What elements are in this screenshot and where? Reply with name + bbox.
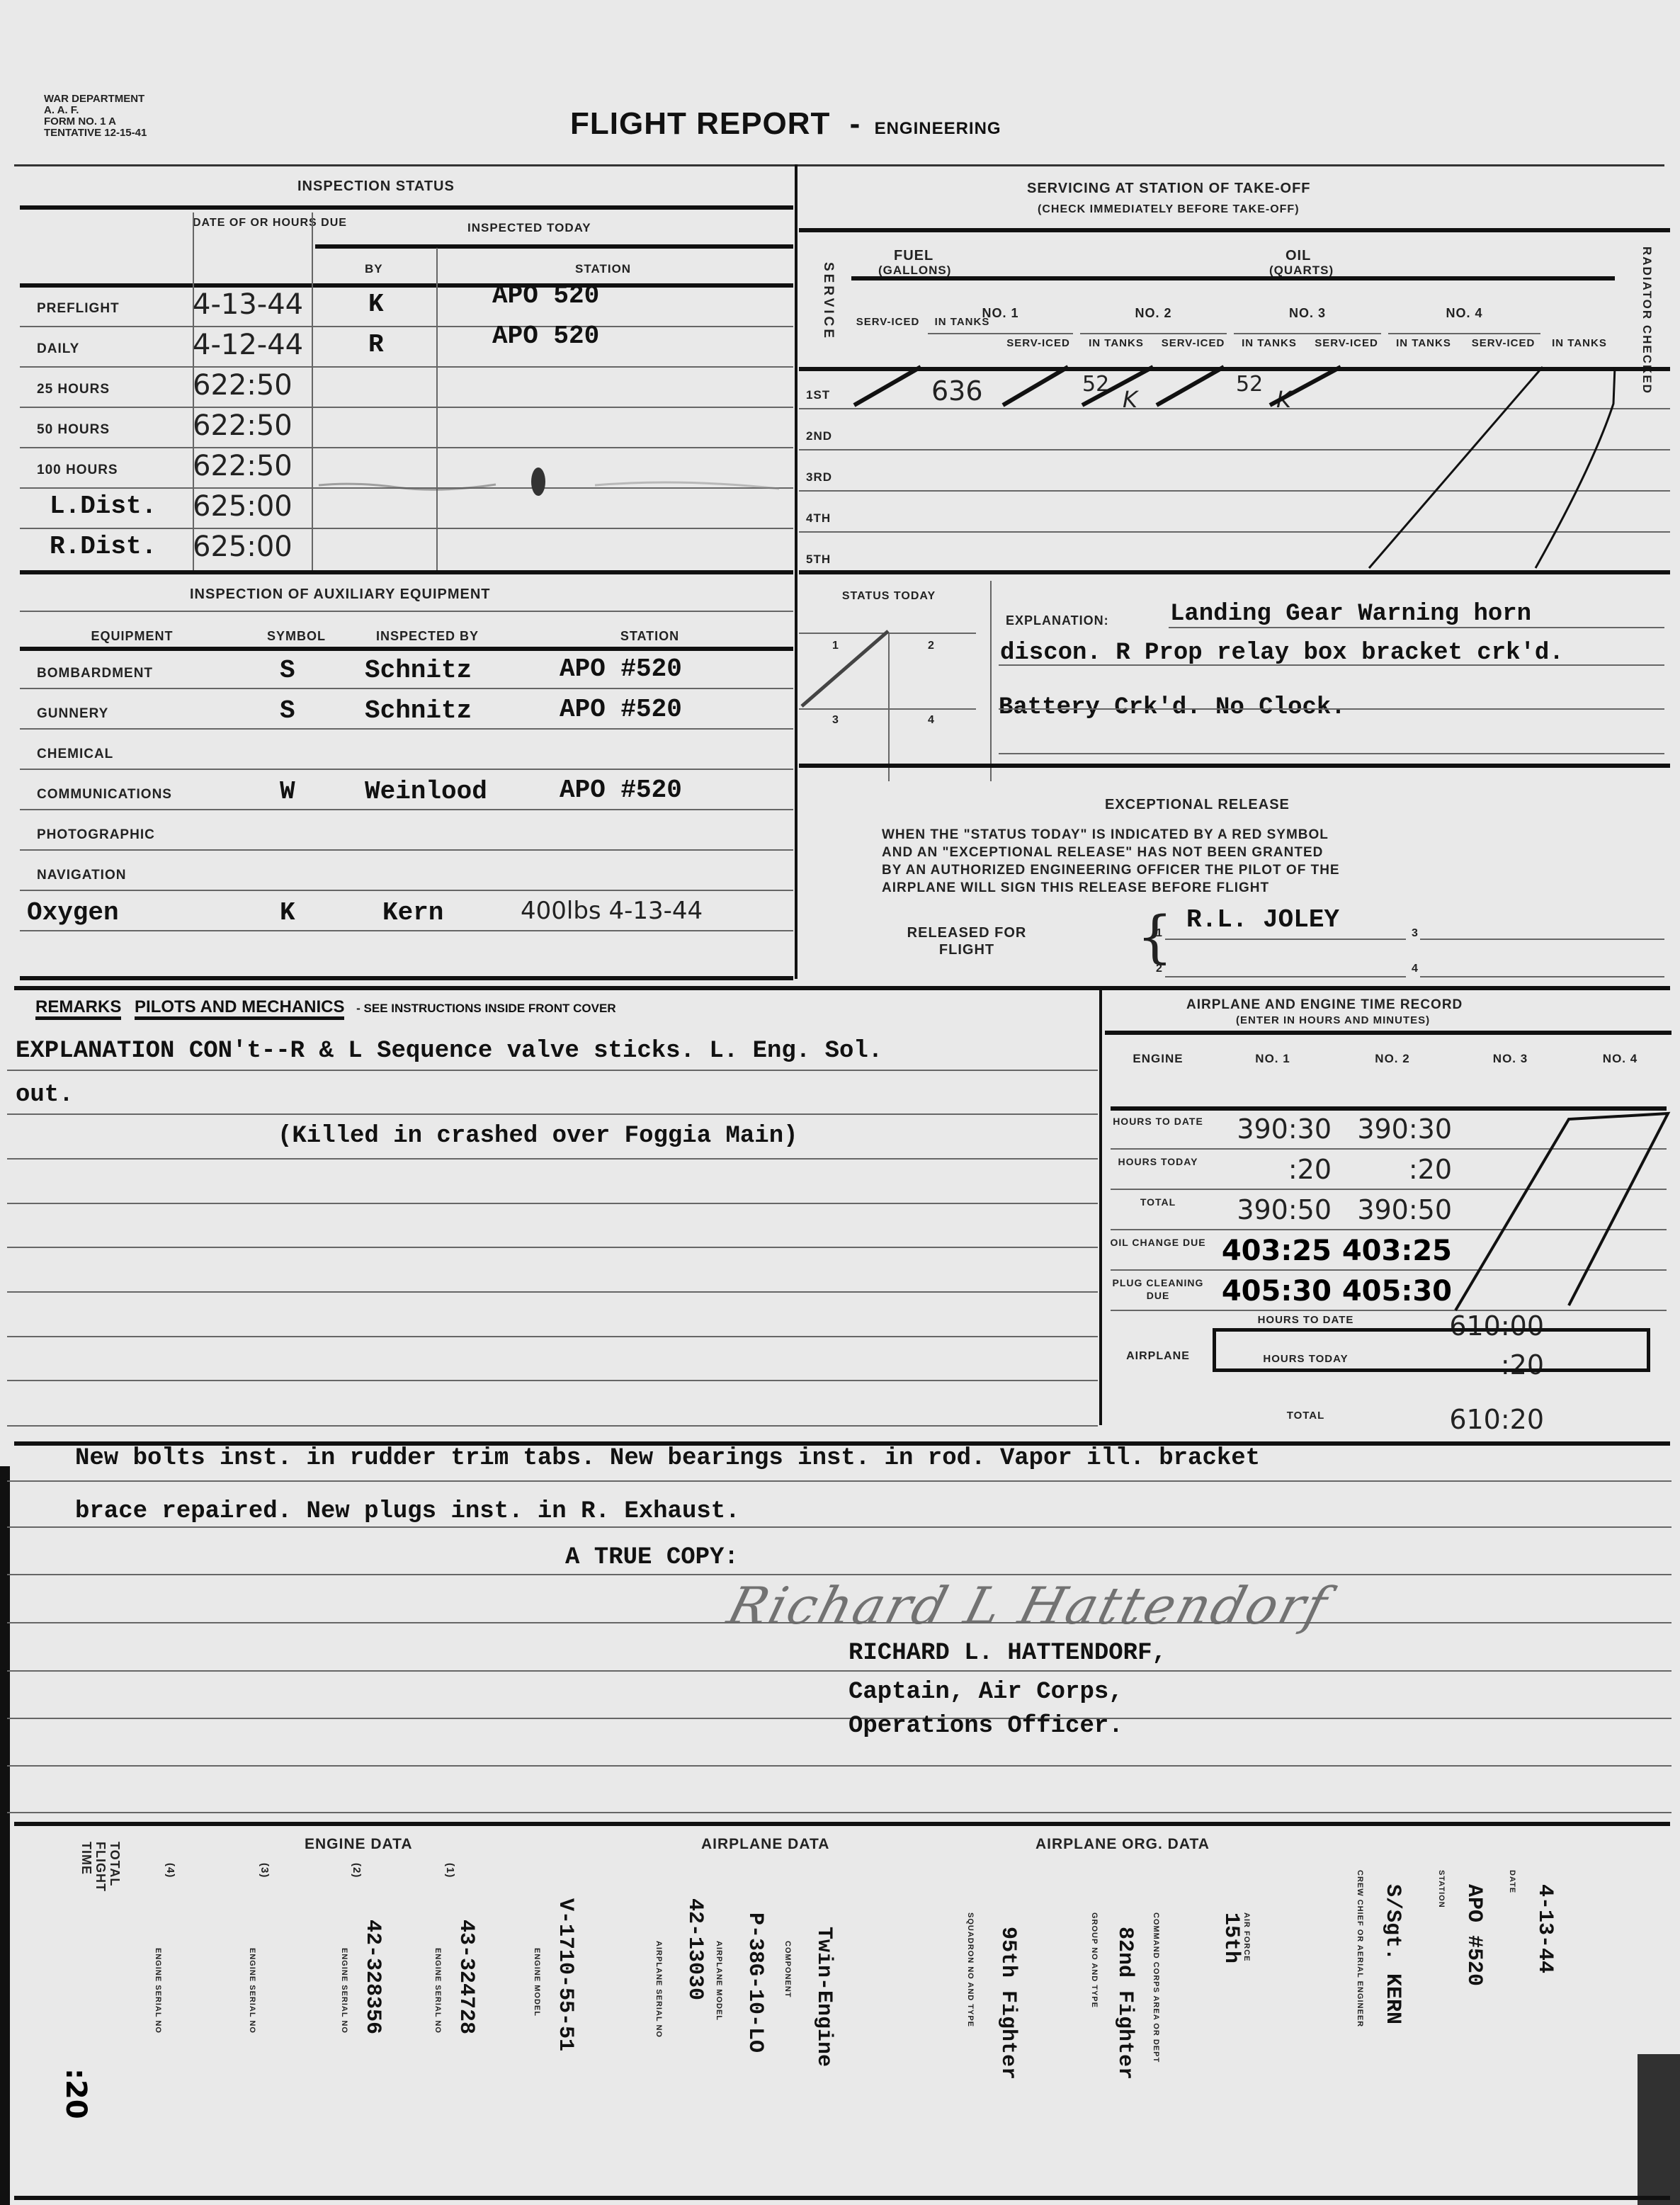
rule-horizontal	[20, 930, 793, 931]
header-rule	[14, 164, 1664, 166]
oil-engine-header: NO. 3	[1230, 306, 1385, 320]
aux-equipment-name: PHOTOGRAPHIC	[37, 827, 155, 843]
engine-col-header: NO. 1	[1213, 1052, 1333, 1066]
inspection-row-label: PREFLIGHT	[37, 301, 120, 317]
org-col-label: COMMAND CORPS AREA OR DEPT	[1149, 1912, 1163, 2063]
explanation-line-2: discon. R Prop relay box bracket crk'd.	[1000, 640, 1564, 667]
rule-horizontal	[924, 276, 1615, 280]
engine-col-value[interactable]: 43-324728	[454, 1920, 478, 2034]
in-tanks-header: IN TANKS	[1544, 336, 1615, 351]
status-quadrant-3: 3	[832, 713, 839, 727]
servicing-slash-marks	[799, 361, 1677, 574]
org-col-value[interactable]: 82nd Fighter	[1113, 1927, 1137, 2080]
aux-equipment-name: CHEMICAL	[37, 747, 113, 762]
oil-unit: (QUARTS)	[1269, 263, 1334, 278]
engine-col-label: ENGINE MODEL	[530, 1948, 544, 2017]
engine2-time-value[interactable]: 390:50	[1335, 1194, 1452, 1225]
inspection-row-label: 25 HOURS	[37, 382, 110, 397]
rule-horizontal	[20, 809, 793, 810]
aux-header-equipment: EQUIPMENT	[20, 629, 244, 643]
airplane-time-label: HOURS TO DATE	[1213, 1314, 1399, 1326]
remarks-pilots-label: PILOTS AND MECHANICS	[135, 997, 344, 1020]
rule-horizontal	[20, 769, 793, 770]
form-number: FORM NO. 1 A	[44, 116, 147, 127]
remarks-line-2: out.	[16, 1082, 74, 1109]
released-for-flight-label: RELEASED FOR FLIGHT	[878, 924, 1055, 958]
rule-horizontal	[20, 326, 793, 327]
aux-inspected-by[interactable]: Weinlood	[365, 777, 487, 806]
engine2-time-value[interactable]: 390:30	[1335, 1113, 1452, 1145]
engine-col-value[interactable]: V-1710-55-51	[553, 1898, 577, 2051]
explanation-line-1: Landing Gear Warning horn	[1170, 601, 1531, 628]
airplane-col-label: AIRPLANE SERIAL NO	[652, 1941, 666, 2038]
release-slot-1: 1	[1156, 926, 1163, 941]
remarks-header: REMARKS PILOTS AND MECHANICS - SEE INSTR…	[35, 997, 616, 1017]
form-identifier: WAR DEPARTMENT A. A. F. FORM NO. 1 A TEN…	[44, 93, 147, 139]
explanation-label: EXPLANATION:	[1006, 613, 1109, 628]
inspection-due-value[interactable]: 4-12-44	[193, 329, 303, 361]
ink-smudge	[312, 453, 793, 503]
in-tanks-header: IN TANKS	[1077, 336, 1156, 351]
service-column-label: SERVICE	[820, 262, 836, 341]
col-date-due: DATE OF OR HOURS DUE	[193, 216, 306, 230]
engine-col-value[interactable]: 42-328356	[361, 1920, 385, 2034]
page-title: FLIGHT REPORT - ENGINEERING	[570, 106, 1001, 142]
release-slot-4: 4	[1412, 962, 1419, 976]
total-flight-time-value[interactable]: :20	[59, 2068, 92, 2119]
inspection-station-value[interactable]: APO 520	[492, 322, 599, 351]
aux-equipment-name: Oxygen	[27, 898, 119, 927]
engine-slot-number: (3)	[257, 1863, 271, 1878]
title-sub: ENGINEERING	[875, 119, 1001, 138]
title-main: FLIGHT REPORT	[570, 106, 830, 141]
aux-inspected-by[interactable]: Schnitz	[365, 656, 472, 685]
status-today-title: STATUS TODAY	[836, 589, 942, 603]
airplane-col-label: COMPONENT	[781, 1941, 795, 1998]
rule-horizontal	[1388, 333, 1540, 334]
engine2-time-value[interactable]: 405:30	[1335, 1275, 1452, 1308]
inspection-due-value[interactable]: 625:00	[193, 531, 293, 563]
inspection-by-value[interactable]: R	[368, 330, 384, 359]
time-row-label: OIL CHANGE DUE	[1105, 1236, 1211, 1249]
explanation-line-3: Battery Crk'd. No Clock.	[999, 694, 1346, 721]
serviced-header: SERV-ICED	[1308, 336, 1385, 351]
engine2-time-value[interactable]: :20	[1335, 1154, 1452, 1185]
inspection-row-label: 100 HOURS	[37, 463, 118, 478]
rule-horizontal	[20, 407, 793, 408]
time-row-label: HOURS TO DATE	[1105, 1115, 1211, 1128]
in-tanks-header: IN TANKS	[1230, 336, 1308, 351]
rule-horizontal	[20, 728, 793, 730]
col-station: STATION	[575, 262, 631, 276]
exceptional-release-text: WHEN THE "STATUS TODAY" IS INDICATED BY …	[882, 826, 1340, 897]
extra-remarks-line-1: New bolts inst. in rudder trim tabs. New…	[75, 1445, 1260, 1472]
extra-remarks-line-2: brace repaired. New plugs inst. in R. Ex…	[75, 1498, 740, 1525]
serviced-header: SERV-ICED	[851, 315, 924, 329]
engine-col-header: NO. 2	[1333, 1052, 1452, 1066]
engine-col-label: ENGINE SERIAL NO	[245, 1948, 259, 2034]
org-col-label: SQUADRON NO AND TYPE	[963, 1912, 977, 2027]
engine-col-label: ENGINE	[1105, 1052, 1211, 1066]
engine-slot-number: (2)	[349, 1863, 363, 1878]
unused-engine-marks	[1452, 1105, 1680, 1317]
form-revision: TENTATIVE 12-15-41	[44, 127, 147, 139]
org-col-value[interactable]: 15th	[1219, 1912, 1243, 1963]
airplane-col-label: AIRPLANE MODEL	[712, 1941, 726, 2021]
scan-edge-left	[0, 1466, 10, 2205]
title-separator: -	[850, 106, 861, 141]
engine-col-label: ENGINE SERIAL NO	[431, 1948, 445, 2034]
fuel-unit: (GALLONS)	[878, 263, 951, 278]
servicing-subtitle: (CHECK IMMEDIATELY BEFORE TAKE-OFF)	[1038, 203, 1300, 216]
rule-horizontal	[20, 890, 793, 891]
release-slot-3: 3	[1412, 926, 1419, 941]
rule-horizontal	[1234, 333, 1381, 334]
aux-symbol[interactable]: S	[280, 696, 295, 725]
rule-horizontal	[1080, 333, 1227, 334]
form-dept: WAR DEPARTMENT	[44, 93, 147, 105]
crew-col-value[interactable]: APO #520	[1462, 1884, 1486, 1986]
scan-edge-bottom-right	[1638, 2054, 1680, 2205]
airplane-col-value[interactable]: 42-13030	[683, 1898, 707, 2000]
inspection-row-label: R.Dist.	[50, 532, 157, 561]
engine1-time-value[interactable]: :20	[1215, 1154, 1332, 1185]
engine-col-header: NO. 4	[1569, 1052, 1672, 1066]
release-brace: {	[1137, 909, 1173, 965]
airplane-hours-today-box	[1213, 1328, 1650, 1372]
remarks-divider	[1099, 986, 1102, 1425]
airplane-org-data-title: AIRPLANE ORG. DATA	[1035, 1836, 1210, 1853]
crew-col-value[interactable]: 4-13-44	[1533, 1884, 1557, 1973]
status-diagonal-mark	[799, 627, 898, 712]
time-record-subtitle: (ENTER IN HOURS AND MINUTES)	[1236, 1014, 1430, 1026]
org-col-value[interactable]: 95th Fighter	[996, 1927, 1020, 2080]
rule-horizontal	[20, 849, 793, 851]
aux-station[interactable]: 400lbs 4-13-44	[521, 897, 703, 925]
aux-inspected-by[interactable]: Kern	[382, 898, 443, 927]
engine1-time-value[interactable]: 390:50	[1215, 1194, 1332, 1225]
crew-col-label: CREW CHIEF OR AERIAL ENGINEER	[1353, 1870, 1367, 2027]
airplane-time-value[interactable]: 610:20	[1409, 1404, 1544, 1435]
crew-col-label: DATE	[1505, 1870, 1519, 1893]
airplane-col-value[interactable]: P-38G-10-LO	[743, 1912, 767, 2053]
time-row-label: TOTAL	[1105, 1196, 1211, 1208]
time-row-label: HOURS TODAY	[1105, 1155, 1211, 1168]
aux-inspected-by[interactable]: Schnitz	[365, 696, 472, 725]
exceptional-release-title: EXCEPTIONAL RELEASE	[1105, 797, 1290, 813]
inspection-by-value[interactable]: K	[368, 290, 384, 319]
airplane-col-value[interactable]: Twin-Engine	[812, 1927, 836, 2067]
aux-header-inspected-by: INSPECTED BY	[348, 629, 506, 643]
signer-name: RICHARD L. HATTENDORF,	[848, 1640, 1167, 1667]
oil-label: OIL	[1285, 248, 1311, 264]
in-tanks-header: IN TANKS	[924, 315, 1000, 329]
status-quadrant-2: 2	[928, 639, 935, 653]
total-flight-time-label: TOTAL FLIGHT TIME	[79, 1842, 122, 1927]
inspection-row-label: L.Dist.	[50, 492, 157, 521]
status-quadrant-4: 4	[928, 713, 935, 727]
engine-data-title: ENGINE DATA	[305, 1836, 413, 1853]
airplane-label: AIRPLANE	[1105, 1349, 1211, 1364]
rule-horizontal	[20, 528, 793, 529]
aux-header-symbol: SYMBOL	[244, 629, 348, 643]
engine1-time-value[interactable]: 390:30	[1215, 1113, 1332, 1145]
rule-horizontal	[20, 447, 793, 448]
rule-horizontal	[20, 366, 793, 368]
engine1-time-value[interactable]: 405:30	[1215, 1275, 1332, 1308]
engine-col-header: NO. 3	[1452, 1052, 1569, 1066]
aux-symbol[interactable]: K	[280, 898, 295, 927]
aux-station[interactable]: APO #520	[560, 776, 682, 805]
remarks-line-3: (Killed in crashed over Foggia Main)	[278, 1123, 798, 1150]
serviced-header: SERV-ICED	[1463, 336, 1544, 351]
inspection-station-value[interactable]: APO 520	[492, 281, 599, 310]
inspection-due-value[interactable]: 625:00	[193, 490, 293, 523]
rule-horizontal	[20, 647, 793, 651]
engine-slot-number: (4)	[163, 1863, 177, 1878]
servicing-title: SERVICING AT STATION OF TAKE-OFF	[1027, 181, 1311, 197]
time-record-title: AIRPLANE AND ENGINE TIME RECORD	[1186, 997, 1463, 1013]
engine-slot-number: (1)	[443, 1863, 457, 1878]
aux-station[interactable]: APO #520	[560, 654, 682, 684]
engine1-time-value[interactable]: 403:25	[1215, 1235, 1332, 1267]
fuel-label: FUEL	[894, 248, 933, 264]
aux-equipment-name: GUNNERY	[37, 706, 108, 722]
engine-col-label: ENGINE SERIAL NO	[337, 1948, 351, 2034]
remarks-label: REMARKS	[35, 997, 121, 1020]
col-inspected-today: INSPECTED TODAY	[467, 221, 591, 235]
oil-engine-header: NO. 2	[1077, 306, 1230, 320]
signer-title: Operations Officer.	[848, 1713, 1123, 1740]
center-divider	[795, 164, 798, 979]
officer-signature: Richard L Hattendorf	[722, 1576, 1336, 1636]
crew-col-value[interactable]: S/Sgt. KERN	[1380, 1884, 1404, 2024]
serviced-header: SERV-ICED	[1156, 336, 1230, 351]
aux-symbol[interactable]: W	[280, 777, 295, 806]
aux-equipment-name: BOMBARDMENT	[37, 666, 153, 681]
release-slot-2: 2	[1156, 962, 1163, 976]
rule-horizontal	[928, 333, 1073, 334]
crew-col-label: STATION	[1434, 1870, 1448, 1908]
col-by: BY	[365, 262, 383, 276]
signer-rank: Captain, Air Corps,	[848, 1679, 1123, 1706]
aux-header-station: STATION	[506, 629, 793, 643]
remarks-line-1: EXPLANATION CON't--R & L Sequence valve …	[16, 1038, 882, 1065]
aux-equipment-name: COMMUNICATIONS	[37, 787, 172, 803]
inspection-status-title: INSPECTION STATUS	[297, 178, 455, 195]
remarks-note: - SEE INSTRUCTIONS INSIDE FRONT COVER	[356, 1002, 615, 1015]
oil-engine-header: NO. 4	[1385, 306, 1544, 320]
inspection-due-value[interactable]: 622:50	[193, 450, 293, 482]
inspection-due-value[interactable]: 622:50	[193, 409, 293, 442]
engine-col-label: ENGINE SERIAL NO	[151, 1948, 165, 2034]
airplane-time-label: TOTAL	[1213, 1410, 1399, 1422]
airplane-data-title: AIRPLANE DATA	[701, 1836, 829, 1853]
time-row-label: PLUG CLEANING DUE	[1105, 1276, 1211, 1302]
aux-equipment-title: INSPECTION OF AUXILIARY EQUIPMENT	[190, 586, 491, 603]
aux-symbol[interactable]: S	[280, 656, 295, 685]
in-tanks-header: IN TANKS	[1385, 336, 1463, 351]
engine2-time-value[interactable]: 403:25	[1335, 1235, 1452, 1267]
rule-horizontal	[20, 688, 793, 689]
inspection-due-value[interactable]: 622:50	[193, 369, 293, 402]
true-copy-label: A TRUE COPY:	[565, 1544, 739, 1571]
serviced-header: SERV-ICED	[1000, 336, 1077, 351]
aux-equipment-name: NAVIGATION	[37, 868, 126, 883]
inspection-row-label: DAILY	[37, 341, 79, 357]
release-signer-1[interactable]: R.L. JOLEY	[1186, 905, 1339, 934]
aux-station[interactable]: APO #520	[560, 695, 682, 724]
form-service: A. A. F.	[44, 105, 147, 116]
inspection-row-label: 50 HOURS	[37, 422, 110, 438]
inspection-due-value[interactable]: 4-13-44	[193, 288, 303, 321]
org-col-label: GROUP NO AND TYPE	[1087, 1912, 1101, 2008]
